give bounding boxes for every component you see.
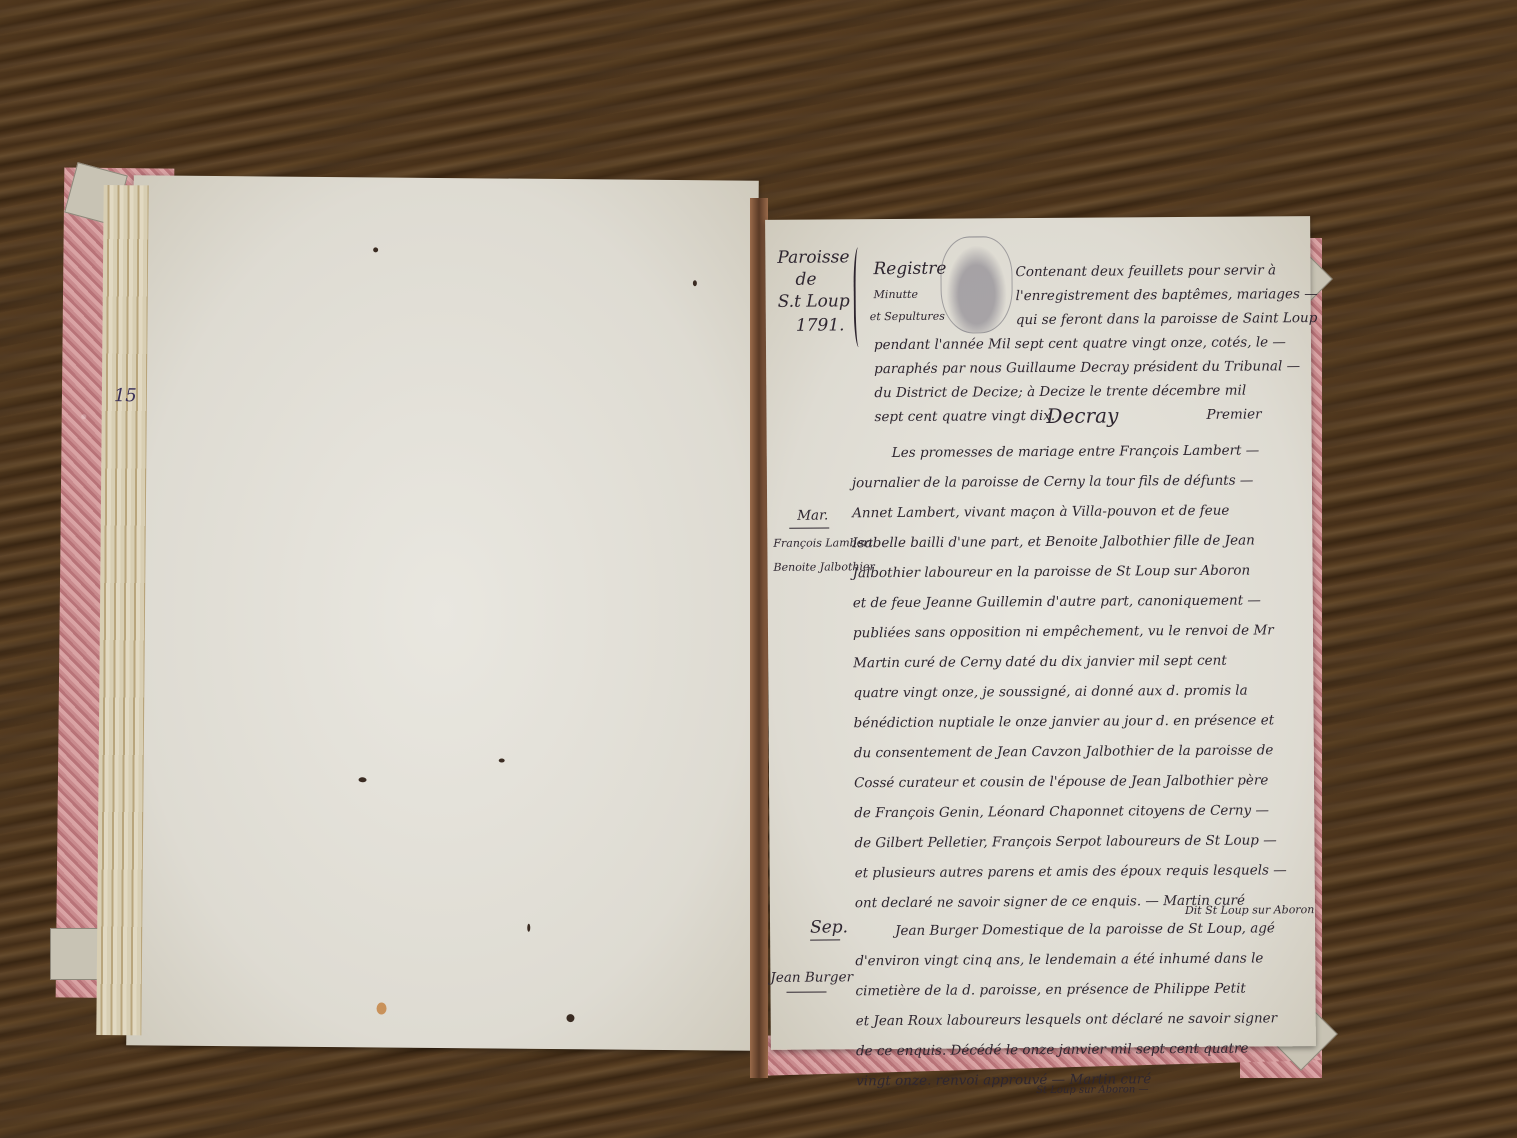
header-line: l'enregistrement des baptêmes, mariages … [1016, 288, 1318, 304]
entry-line: journalier de la paroisse de Cerny la to… [852, 475, 1254, 491]
official-stamp [940, 236, 1013, 334]
entry-line: de ce enquis. Décédé le onze janvier mil… [856, 1043, 1249, 1059]
entry-burial: Dit St Loup sur Aboron Jean Burger Domes… [855, 916, 1305, 919]
entry-line: Les promesses de mariage entre François … [892, 444, 1260, 460]
entry-line: quatre vingt onze, je soussigné, ai donn… [853, 685, 1247, 701]
entry-line: et Jean Roux laboureurs lesquels ont déc… [856, 1012, 1277, 1028]
entry-margin: Mar. [797, 509, 828, 523]
right-page: Paroisse de S.t Loup 1791. Registre Minu… [765, 216, 1316, 1050]
parish-label: Paroisse [777, 249, 849, 267]
margin-number: 15 [114, 385, 137, 406]
entry-line: de Gilbert Pelletier, François Serpot la… [854, 834, 1276, 850]
header-line: pendant l'année Mil sept cent quatre vin… [874, 336, 1286, 352]
entry-line: et plusieurs autres parens et amis des é… [855, 864, 1287, 881]
parish-label: S.t Loup [778, 293, 850, 311]
entry-line: et de feue Jeanne Guillemin d'autre part… [853, 594, 1261, 610]
entry-line: Isabelle bailli d'une part, et Benoite J… [852, 535, 1255, 551]
entry-margin: Jean Burger [770, 971, 853, 985]
ink-spot [499, 758, 505, 762]
entry-line: de François Genin, Léonard Chaponnet cit… [854, 804, 1269, 820]
underline [789, 527, 829, 528]
entry-marriage: Les promesses de mariage entre François … [852, 444, 1302, 447]
entry-line: d'environ vingt cinq ans, le lendemain a… [855, 952, 1263, 968]
header-line: qui se feront dans la paroisse de Saint … [1016, 312, 1318, 328]
signature-decray: Decray [1046, 405, 1118, 426]
ink-spot [527, 924, 530, 932]
underline [810, 939, 840, 940]
entry-margin: Sep. [810, 919, 848, 936]
ink-spot [373, 247, 378, 252]
register-sub: et Sepultures [870, 311, 945, 323]
entry-line: du consentement de Jean Cavzon Jalbothie… [854, 744, 1274, 760]
left-page: 15 [126, 175, 759, 1050]
header-line: du District de Decize; à Decize le trent… [874, 385, 1246, 401]
premier-label: Premier [1206, 408, 1261, 422]
entry-line: publiées sans opposition ni empêchement,… [853, 624, 1274, 640]
ink-spot [566, 1014, 574, 1022]
entry-line: Martin curé de Cerny daté du dix janvier… [853, 655, 1227, 671]
register-sub: Minutte [874, 289, 918, 300]
entry-line: Jean Burger Domestique de la paroisse de… [895, 922, 1275, 938]
header-line: Contenant deux feuillets pour servir à [1015, 264, 1276, 279]
entry-line: Dit St Loup sur Aboron [1185, 904, 1314, 916]
water-stain [376, 1002, 386, 1014]
entry-line: St Loup sur Aboron — [1036, 1085, 1148, 1096]
header-line: sept cent quatre vingt dix. [874, 410, 1055, 425]
corner-tab-bottom-left [50, 928, 102, 980]
parish-label: de [795, 272, 816, 289]
entry-line: bénédiction nuptiale le onze janvier au … [854, 714, 1275, 730]
underline [786, 992, 826, 993]
entry-line: Cossé curateur et cousin de l'épouse de … [854, 774, 1268, 790]
ink-spot [693, 280, 697, 286]
page-edges [96, 185, 148, 1035]
register-book: 15 Paroisse de S.t Loup 1791. Registre M… [60, 158, 1322, 1078]
header-line: paraphés par nous Guillaume Decray prési… [874, 360, 1300, 376]
entry-line: Annet Lambert, vivant maçon à Villa-pouv… [852, 505, 1229, 521]
entry-line: cimetière de la d. paroisse, en présence… [855, 983, 1245, 999]
register-title: Registre [873, 261, 946, 279]
entry-line: Jalbothier laboureur en la paroisse de S… [853, 565, 1251, 581]
ink-spot [359, 777, 367, 782]
parish-year: 1791. [796, 317, 845, 334]
brace [853, 247, 866, 347]
